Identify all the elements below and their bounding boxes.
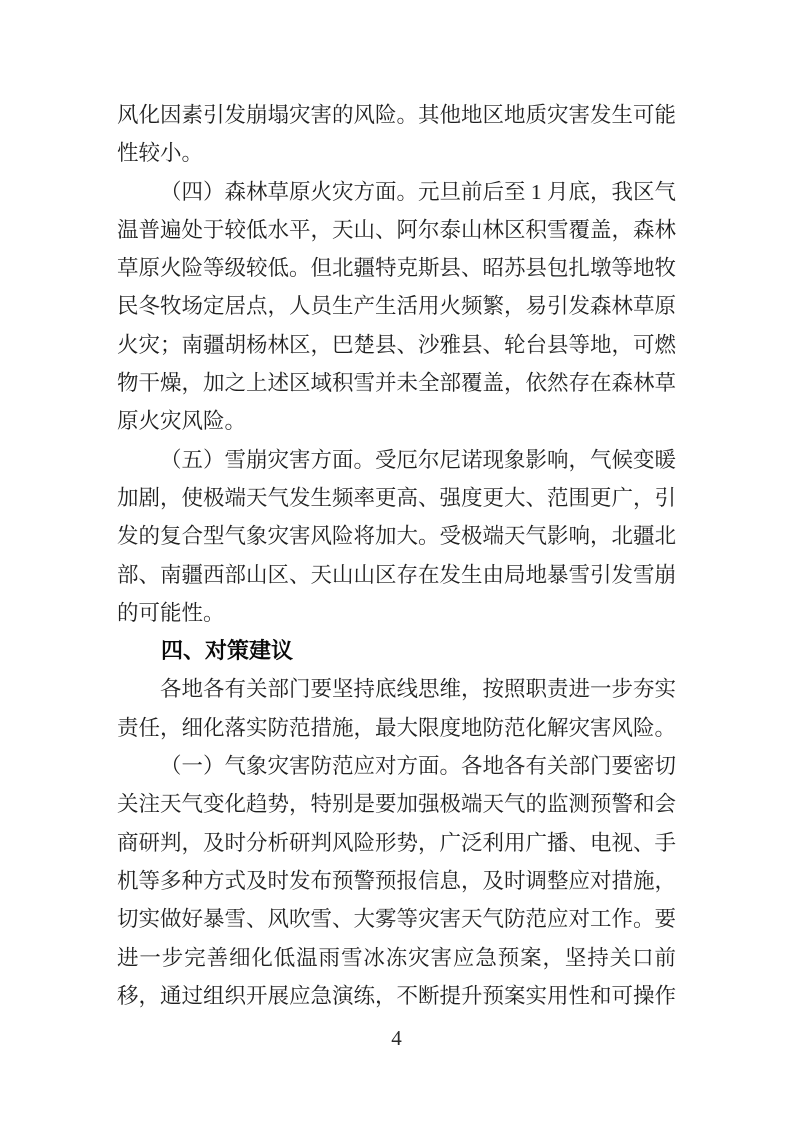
page-number: 4	[0, 1026, 793, 1051]
body-paragraph: （一）气象灾害防范应对方面。各地各有关部门要密切关注天气变化趋势，特别是要加强极…	[117, 747, 676, 1015]
body-paragraph: （五）雪崩灾害方面。受厄尔尼诺现象影响，气候变暖加剧，使极端天气发生频率更高、强…	[117, 441, 676, 632]
document-page: 风化因素引发崩塌灾害的风险。其他地区地质灾害发生可能性较小。（四）森林草原火灾方…	[0, 0, 793, 1122]
body-paragraph: （四）森林草原火灾方面。元旦前后至 1 月底，我区气温普遍处于较低水平，天山、阿…	[117, 173, 676, 441]
body-paragraph: 各地各有关部门要坚持底线思维，按照职责进一步夯实责任，细化落实防范措施，最大限度…	[117, 670, 676, 747]
document-body: 风化因素引发崩塌灾害的风险。其他地区地质灾害发生可能性较小。（四）森林草原火灾方…	[117, 96, 676, 1015]
section-heading: 四、对策建议	[117, 632, 676, 670]
body-paragraph: 风化因素引发崩塌灾害的风险。其他地区地质灾害发生可能性较小。	[117, 96, 676, 173]
